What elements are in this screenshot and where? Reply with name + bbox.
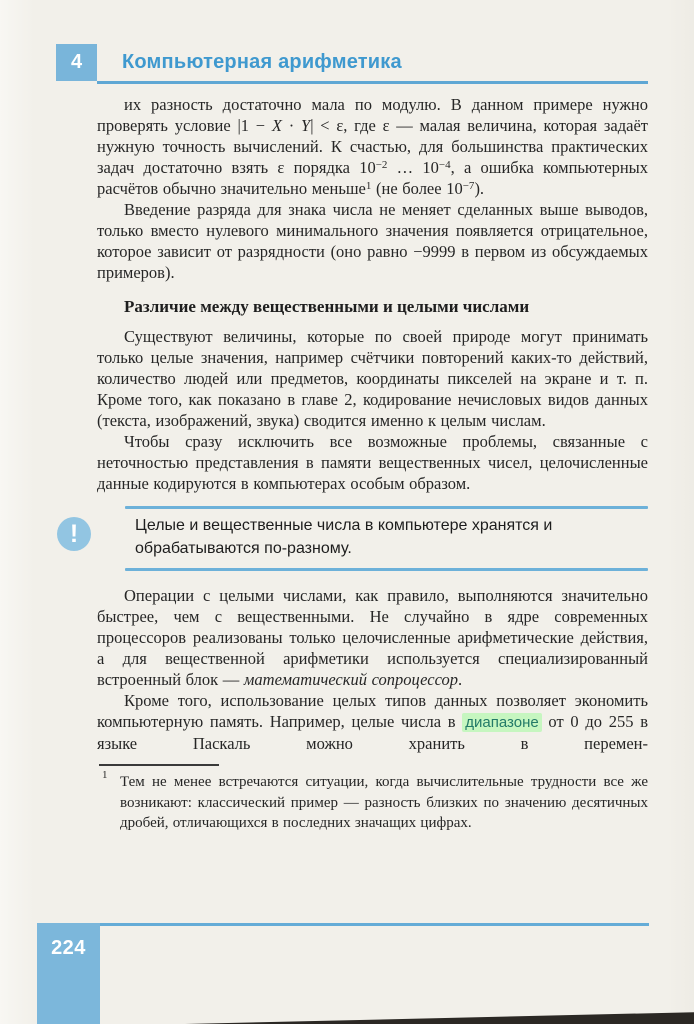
callout-text: Целые и вещественные числа в компьютере …: [135, 515, 559, 560]
callout-rule-top: [125, 506, 648, 509]
footnote-text: Тем не менее встречаются ситуации, когда…: [120, 772, 648, 834]
footnote-rule: [99, 764, 219, 766]
photo-edge: [185, 1005, 694, 1024]
paragraph-integer-speed: Операции с целыми числами, как правило, …: [97, 585, 648, 690]
paragraph-memory-saving: Кроме того, использование целых типов да…: [97, 690, 648, 754]
footnote: 1 Тем не менее встречаются ситуации, ког…: [97, 772, 648, 834]
header-rule: [97, 81, 648, 84]
footnote-marker: 1: [102, 769, 108, 781]
chapter-number-badge: 4: [56, 44, 97, 81]
highlighted-word[interactable]: диапазоне: [462, 713, 541, 732]
text-column: их разность достаточно мала по модулю. В…: [97, 94, 648, 834]
textbook-page: 4 Компьютерная арифметика их разность до…: [0, 0, 694, 1024]
section-heading: Различие между вещественными и целыми чи…: [124, 297, 648, 317]
footer-rule: [37, 923, 649, 926]
key-idea-callout: ! Целые и вещественные числа в компьютер…: [97, 506, 648, 571]
callout-rule-bottom: [125, 568, 648, 571]
paragraph-exclude-problems: Чтобы сразу исключить все возможные проб…: [97, 431, 648, 494]
exclamation-icon: !: [57, 517, 91, 551]
chapter-title: Компьютерная арифметика: [122, 51, 402, 74]
paragraph-sign-bit: Введение разряда для знака числа не меня…: [97, 199, 648, 283]
paragraph-accuracy: их разность достаточно мала по модулю. В…: [97, 94, 648, 199]
paragraph-integer-values: Существуют величины, которые по своей пр…: [97, 326, 648, 431]
page-number-badge: 224: [37, 923, 100, 1024]
